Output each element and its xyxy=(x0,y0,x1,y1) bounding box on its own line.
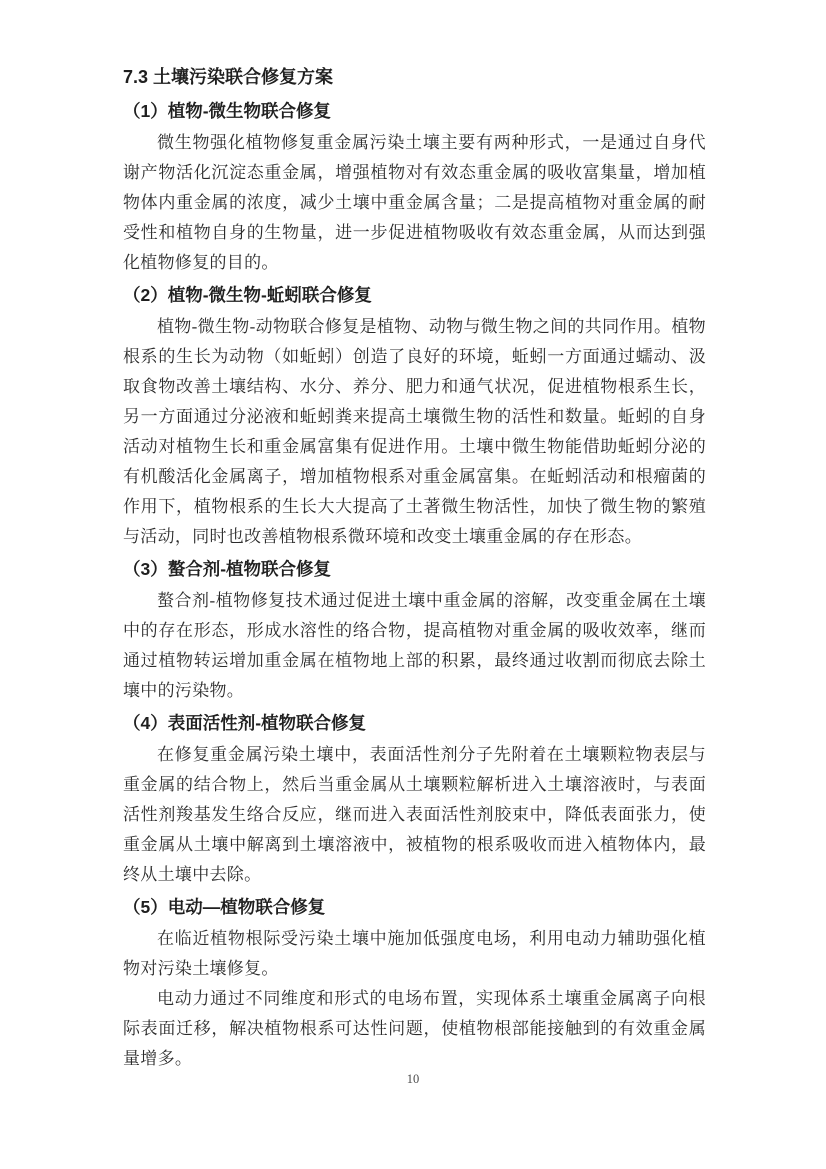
section-2-paragraph-1: 植物-微生物-动物联合修复是植物、动物与微生物之间的共同作用。植物根系的生长为动… xyxy=(123,312,706,552)
section-3-paragraph-1: 螯合剂-植物修复技术通过促进土壤中重金属的溶解，改变重金属在土壤中的存在形态，形… xyxy=(123,586,706,706)
section-5-heading: （5）电动—植物联合修复 xyxy=(123,892,706,922)
section-2-heading: （2）植物-微生物-蚯蚓联合修复 xyxy=(123,280,706,310)
section-4-paragraph-1: 在修复重金属污染土壤中，表面活性剂分子先附着在土壤颗粒物表层与重金属的结合物上，… xyxy=(123,740,706,890)
section-surfactant-plant: （4）表面活性剂-植物联合修复 在修复重金属污染土壤中，表面活性剂分子先附着在土… xyxy=(123,708,706,890)
section-plant-microbe: （1）植物-微生物联合修复 微生物强化植物修复重金属污染土壤主要有两种形式，一是… xyxy=(123,96,706,278)
section-5-paragraph-2: 电动力通过不同维度和形式的电场布置，实现体系土壤重金属离子向根际表面迁移，解决植… xyxy=(123,984,706,1074)
section-plant-microbe-earthworm: （2）植物-微生物-蚯蚓联合修复 植物-微生物-动物联合修复是植物、动物与微生物… xyxy=(123,280,706,552)
doc-title: 7.3 土壤污染联合修复方案 xyxy=(123,62,706,92)
section-1-heading: （1）植物-微生物联合修复 xyxy=(123,96,706,126)
document-page: 7.3 土壤污染联合修复方案 （1）植物-微生物联合修复 微生物强化植物修复重金… xyxy=(0,0,826,1169)
section-5-paragraph-1: 在临近植物根际受污染土壤中施加低强度电场，利用电动力辅助强化植物对污染土壤修复。 xyxy=(123,924,706,984)
section-electrokinetic-plant: （5）电动—植物联合修复 在临近植物根际受污染土壤中施加低强度电场，利用电动力辅… xyxy=(123,892,706,1074)
section-chelator-plant: （3）螯合剂-植物联合修复 螯合剂-植物修复技术通过促进土壤中重金属的溶解，改变… xyxy=(123,554,706,706)
page-number: 10 xyxy=(0,1072,826,1087)
section-4-heading: （4）表面活性剂-植物联合修复 xyxy=(123,708,706,738)
section-1-paragraph-1: 微生物强化植物修复重金属污染土壤主要有两种形式，一是通过自身代谢产物活化沉淀态重… xyxy=(123,128,706,278)
section-3-heading: （3）螯合剂-植物联合修复 xyxy=(123,554,706,584)
